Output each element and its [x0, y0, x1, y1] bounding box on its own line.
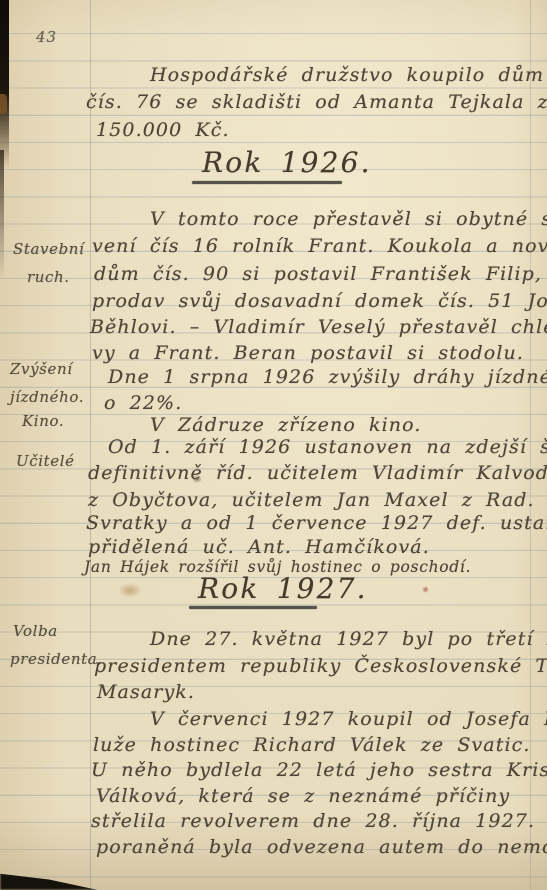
binding-edge-fade	[0, 150, 4, 280]
handwriting-line: V červenci 1927 koupil od Josefa Ka-	[150, 708, 547, 730]
handwriting-line: Masaryk.	[97, 681, 195, 703]
left-margin-rule	[90, 0, 91, 890]
margin-note-zvyseni: Zvýšení	[10, 360, 73, 378]
handwriting-line: presidentem republiky Československé T. …	[94, 655, 547, 677]
handwriting-line: luže hostinec Richard Válek ze Svatic.	[93, 734, 531, 756]
handwriting-line: o 22%.	[104, 392, 182, 414]
handwriting-line: přidělená uč. Ant. Hamčíková.	[88, 536, 430, 558]
handwriting-line: V Zádruze zřízeno kino.	[150, 414, 421, 436]
handwriting-line: vení čís 16 rolník Frant. Koukola a nový	[92, 235, 547, 257]
binding-edge	[0, 0, 9, 168]
handwriting-line: Od 1. září 1926 ustanoven na zdejší škol…	[108, 436, 547, 458]
margin-note-ucitele: Učitelé	[16, 452, 75, 470]
handwriting-line: Dne 27. května 1927 byl po třetí zvolen	[150, 628, 547, 650]
margin-note-kino: Kino.	[22, 412, 64, 430]
handwriting-line: 150.000 Kč.	[96, 119, 230, 141]
handwriting-line: Běhlovi. – Vladimír Veselý přestavěl chl…	[90, 316, 547, 338]
year-heading-1926: Rok 1926.	[202, 146, 372, 179]
heading-underline	[192, 181, 342, 184]
year-heading-1927: Rok 1927.	[198, 572, 368, 605]
chronicle-page: 43 Hospodářské družstvo koupilo dům čís.…	[0, 0, 547, 890]
margin-note-volba: Volba	[13, 622, 58, 640]
handwriting-line: Dne 1 srpna 1926 zvýšily dráhy jízdné	[108, 366, 547, 388]
margin-note-presidenta: presidenta.	[10, 650, 103, 668]
binding-notch	[0, 94, 7, 114]
handwriting-line: V tomto roce přestavěl si obytné sta-	[150, 208, 547, 230]
handwriting-line: prodav svůj dosavadní domek čís. 51 Jose…	[92, 290, 547, 312]
red-speck	[423, 587, 428, 592]
margin-note-stavebni: Stavební	[13, 240, 84, 258]
handwriting-line: Hospodářské družstvo koupilo dům	[150, 64, 544, 86]
margin-note-jizdneho: jízdného.	[10, 388, 84, 406]
bottom-corner-shadow	[0, 872, 98, 890]
handwriting-line: vy a Frant. Beran postavil si stodolu.	[92, 342, 524, 364]
handwriting-line: poraněná byla odvezena autem do nemocni-	[96, 836, 547, 858]
handwriting-line: definitivně říd. učitelem Vladimír Kalvo…	[88, 462, 547, 484]
handwriting-line: Válková, která se z neznámé příčiny	[96, 785, 510, 807]
handwriting-line: dům čís. 90 si postavil František Filip,	[94, 263, 542, 285]
margin-note-ruch: ruch.	[27, 268, 70, 286]
handwriting-line: čís. 76 se skladišti od Amanta Tejkala z…	[86, 91, 547, 113]
heading-underline	[189, 606, 317, 609]
handwriting-line: z Obyčtova, učitelem Jan Maxel z Rad.	[88, 489, 535, 511]
handwriting-line: Svratky a od 1 července 1927 def. ustano…	[86, 512, 547, 534]
handwriting-line: střelila revolverem dne 28. října 1927. …	[91, 810, 547, 832]
handwriting-line: U něho bydlela 22 letá jeho sestra Krist…	[91, 759, 547, 781]
page-number: 43	[36, 28, 57, 46]
paper-stain	[118, 583, 142, 598]
